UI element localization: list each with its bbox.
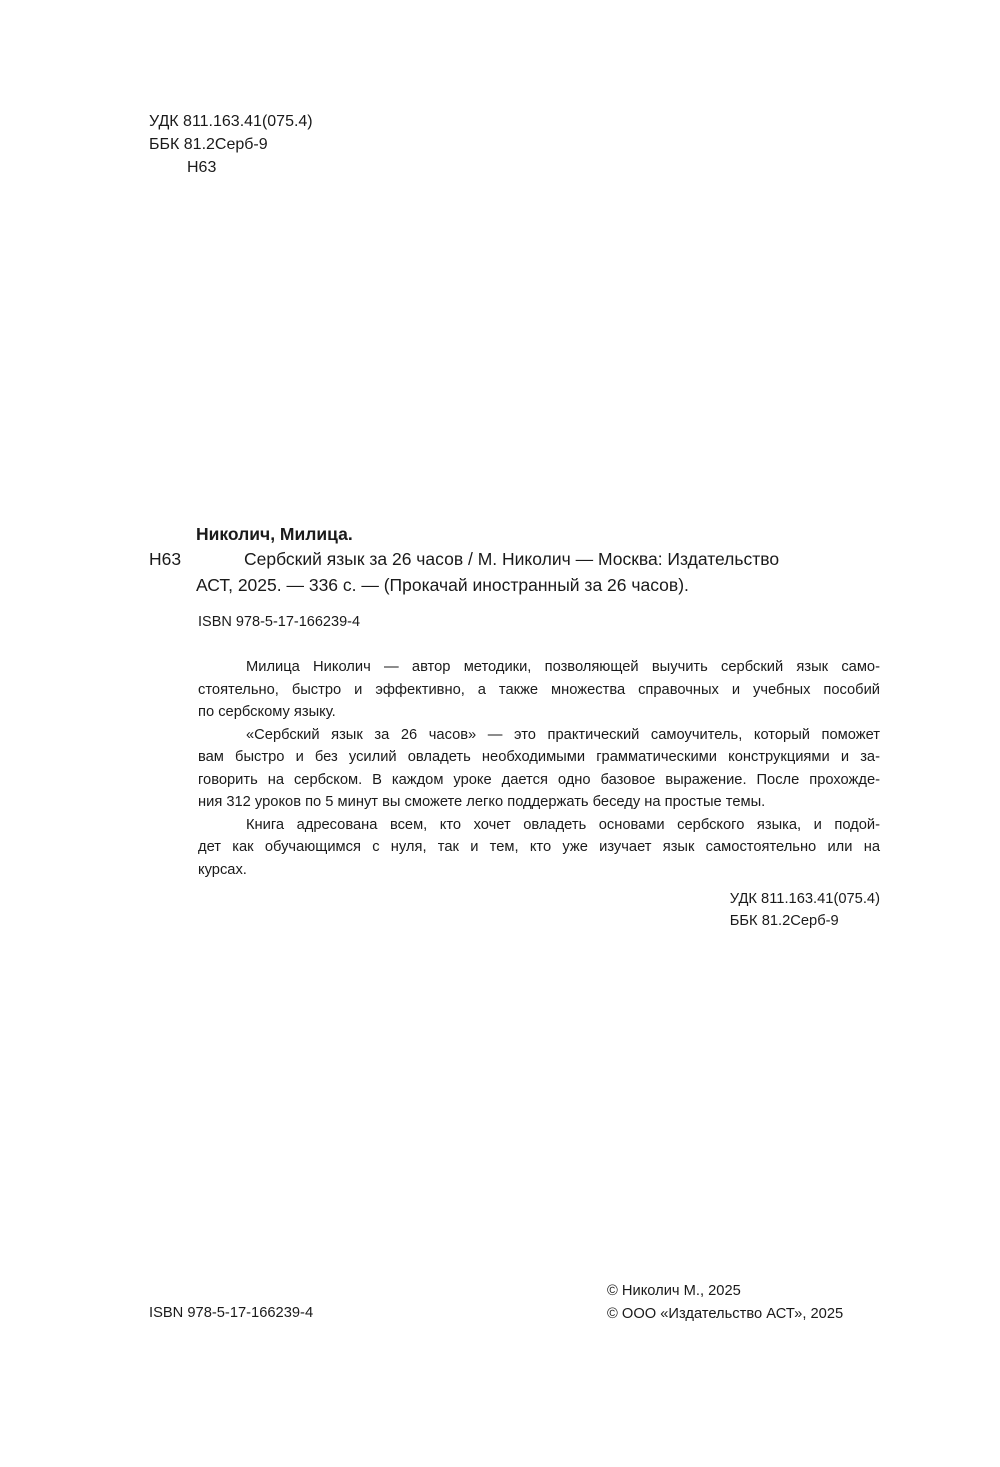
bbk-code: ББК 81.2Серб-9 xyxy=(149,133,313,156)
annotation-line: Милица Николич — автор методики, позволя… xyxy=(198,656,880,679)
description-line-2: АСТ, 2025. — 336 с. — (Прокачай иностран… xyxy=(196,572,886,598)
footer-isbn: ISBN 978-5-17-166239-4 xyxy=(149,1303,313,1323)
annotation-line: вам быстро и без усилий овладеть необход… xyxy=(198,746,880,769)
annotation-paragraph-1: Милица Николич — автор методики, позволя… xyxy=(198,656,880,724)
annotation-line: Книга адресована всем, кто хочет овладет… xyxy=(198,814,880,837)
bibliographic-description: Сербский язык за 26 часов / М. Николич —… xyxy=(196,546,886,598)
copyright-author: © Николич М., 2025 xyxy=(607,1280,843,1303)
entry-cutter-code: Н63 xyxy=(149,546,181,572)
udk-code: УДК 811.163.41(075.4) xyxy=(149,110,313,133)
annotation: Милица Николич — автор методики, позволя… xyxy=(198,656,880,881)
copyright-publisher: © ООО «Издательство АСТ», 2025 xyxy=(607,1303,843,1326)
udk-code: УДК 811.163.41(075.4) xyxy=(730,888,880,910)
author-heading: Николич, Милица. xyxy=(196,522,353,546)
annotation-line: по сербскому языку. xyxy=(198,701,880,724)
annotation-line: дет как обучающимся с нуля, так и тем, к… xyxy=(198,836,880,859)
description-line-1: Сербский язык за 26 часов / М. Николич —… xyxy=(196,546,886,572)
annotation-line: курсах. xyxy=(198,859,880,882)
bbk-code: ББК 81.2Серб-9 xyxy=(730,910,880,932)
annotation-line: говорить на сербском. В каждом уроке дае… xyxy=(198,769,880,792)
annotation-paragraph-3: Книга адресована всем, кто хочет овладет… xyxy=(198,814,880,882)
annotation-line: стоятельно, быстро и эффективно, а также… xyxy=(198,679,880,702)
classification-codes-top: УДК 811.163.41(075.4) ББК 81.2Серб-9 Н63 xyxy=(149,110,313,179)
entry-isbn: ISBN 978-5-17-166239-4 xyxy=(198,612,360,632)
cutter-code: Н63 xyxy=(149,156,313,179)
classification-codes-right: УДК 811.163.41(075.4) ББК 81.2Серб-9 xyxy=(730,888,880,932)
annotation-line: ния 312 уроков по 5 минут вы сможете лег… xyxy=(198,791,880,814)
annotation-line: «Сербский язык за 26 часов» — это практи… xyxy=(198,724,880,747)
copyright-block: © Николич М., 2025 © ООО «Издательство А… xyxy=(607,1280,843,1326)
annotation-paragraph-2: «Сербский язык за 26 часов» — это практи… xyxy=(198,724,880,814)
